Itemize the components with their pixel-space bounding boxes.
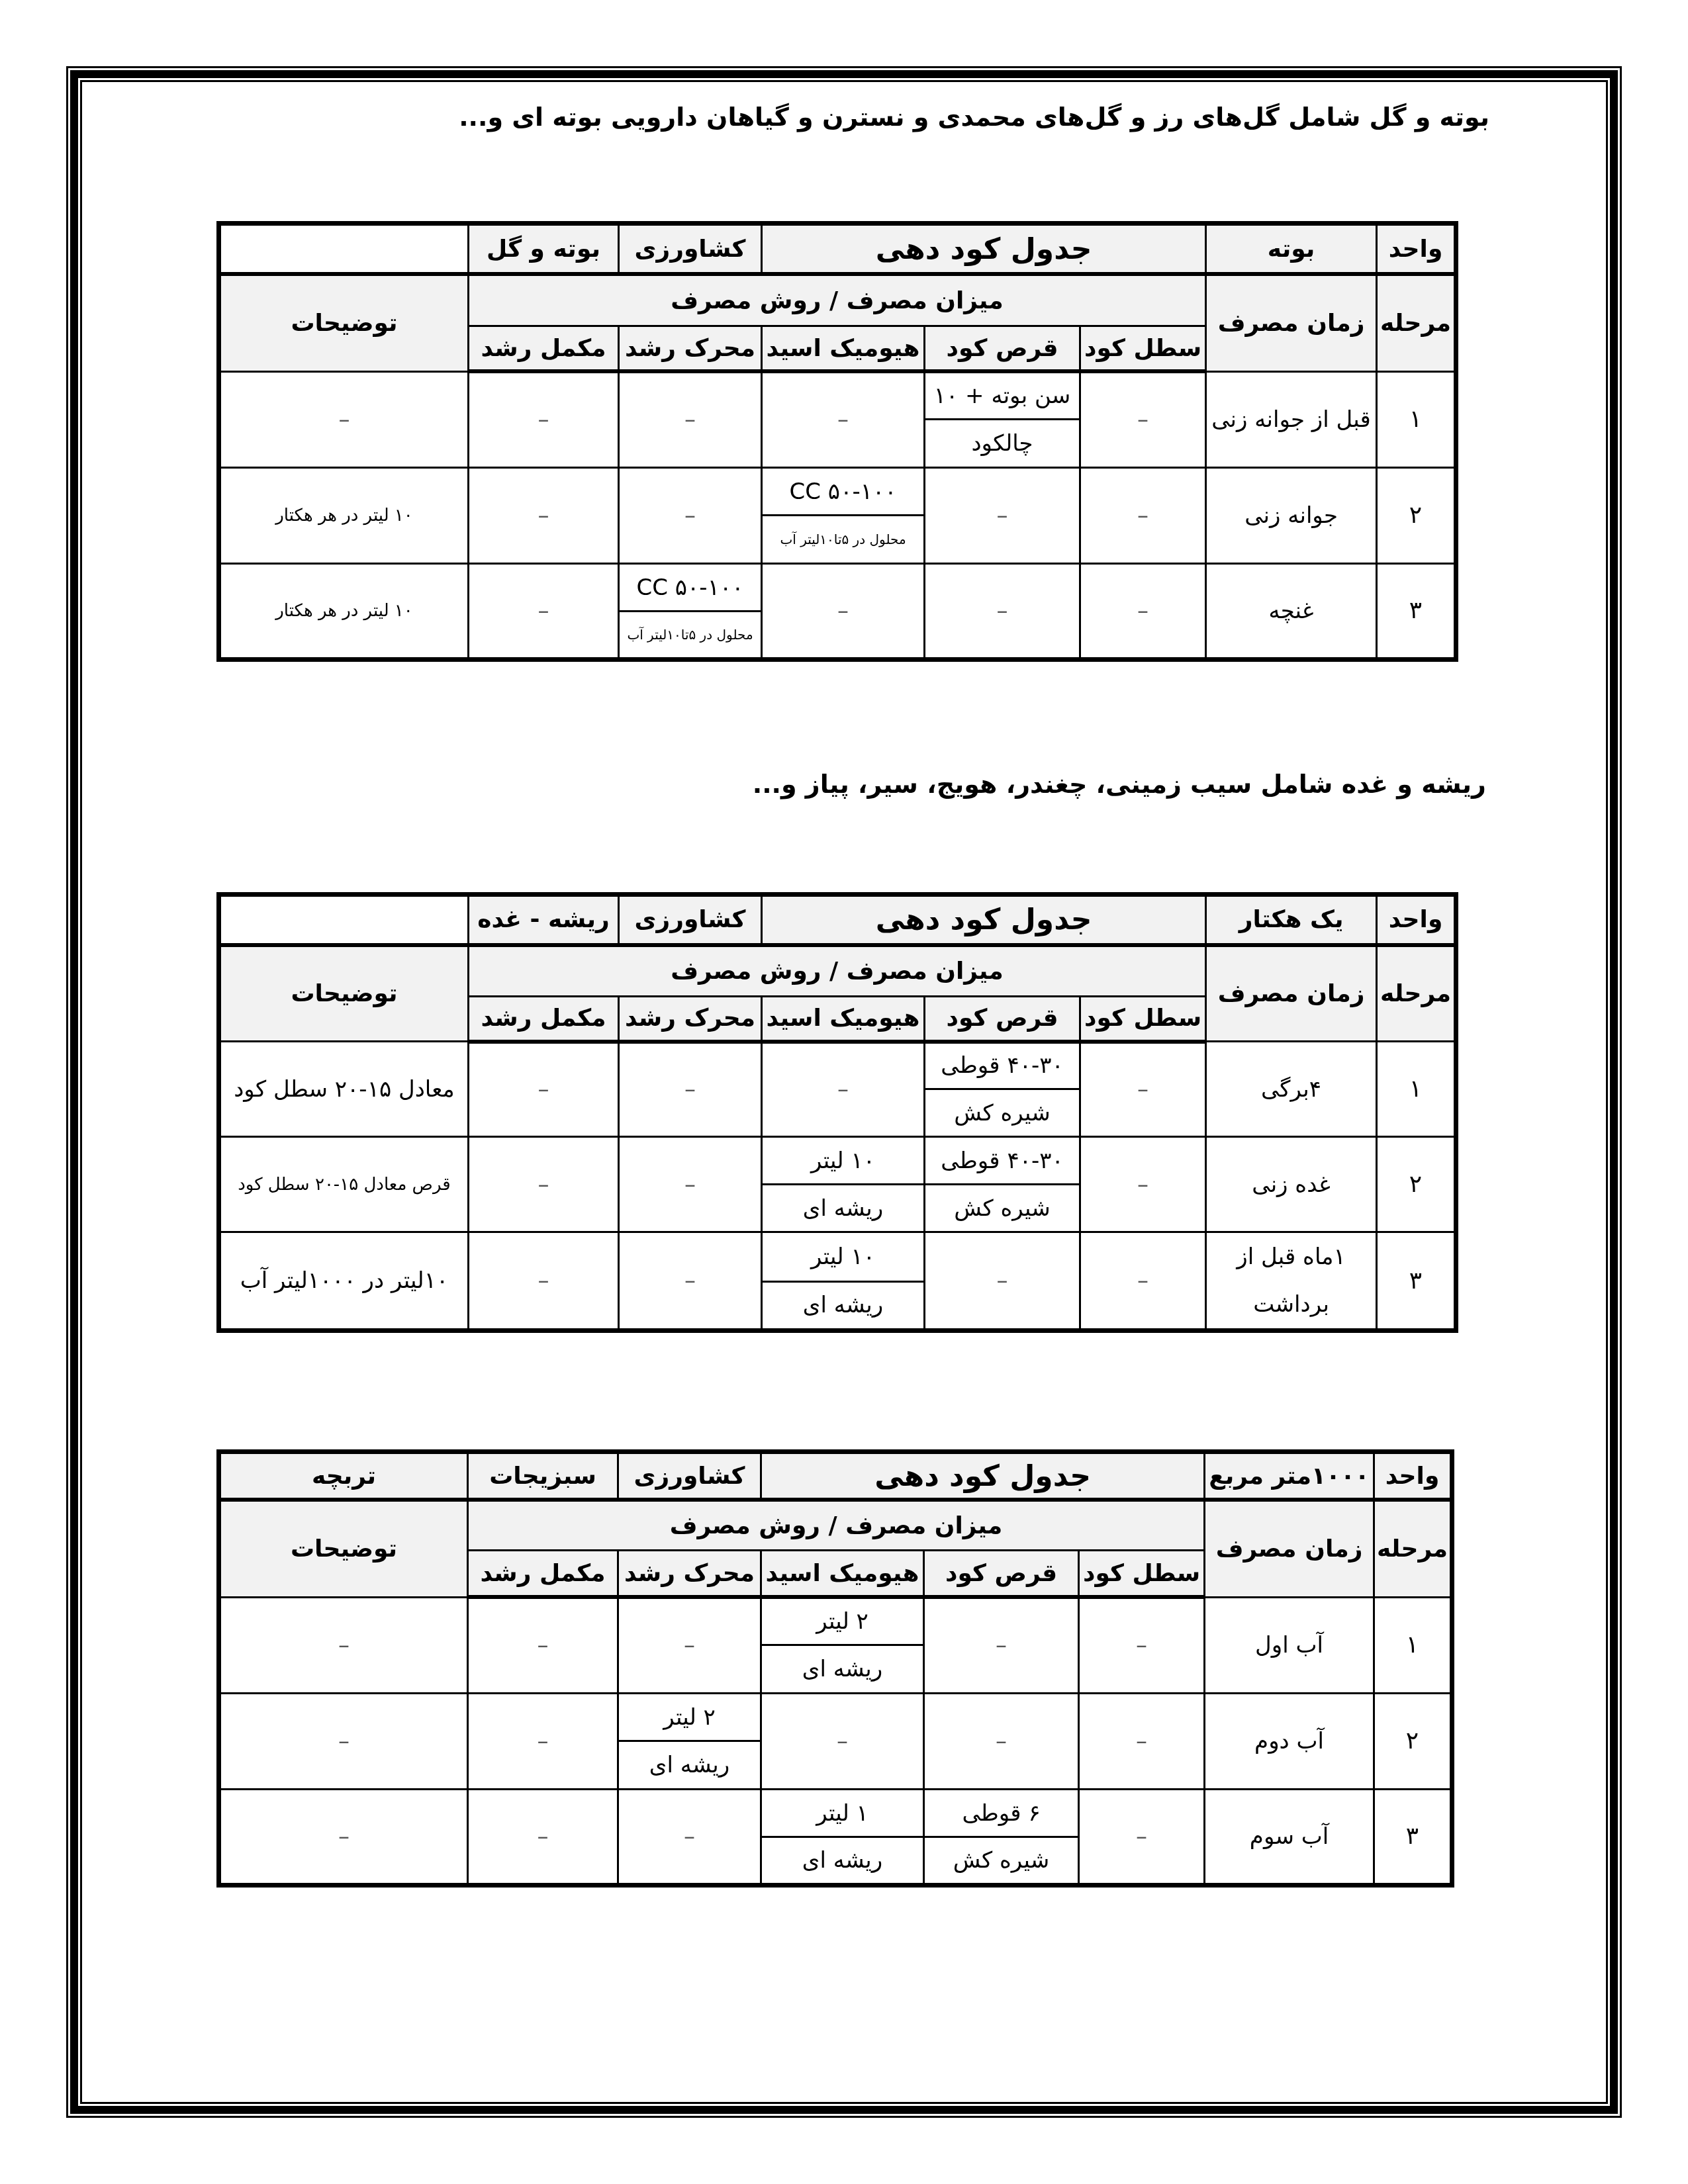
tablet-cell: –: [924, 1597, 1079, 1693]
unit-value: یک هکتار: [1206, 895, 1377, 945]
col-bucket-header: سطل کود: [1080, 326, 1206, 372]
tablet-cell-bottom: شیره کش: [924, 1837, 1079, 1886]
supplement-cell: –: [469, 467, 619, 563]
category-label: بوته و گل: [469, 224, 619, 275]
category-label: سبزیجات: [468, 1452, 618, 1500]
bucket-cell: –: [1079, 1597, 1205, 1693]
supplement-cell: –: [468, 1693, 618, 1789]
bucket-cell: –: [1079, 1789, 1205, 1885]
stage-cell: ۱: [1374, 1597, 1452, 1693]
bucket-cell: –: [1079, 1693, 1205, 1789]
time-cell: ۱ماه قبل از برداشت: [1206, 1232, 1377, 1331]
col-tablet-header: قرص کود: [925, 997, 1080, 1042]
time-header: زمان مصرف: [1205, 1500, 1374, 1597]
unit-label: واحد: [1377, 224, 1456, 275]
supplement-cell: –: [469, 1232, 619, 1331]
humic-cell-bottom: ریشه ای: [761, 1645, 924, 1694]
col-supplement-header: مکمل رشد: [469, 997, 619, 1042]
humic-cell-top: ۲ لیتر: [761, 1597, 924, 1645]
extra-label: تربچه: [219, 1452, 468, 1500]
stimulant-cell-top: CC ۵۰-۱۰۰: [619, 563, 762, 612]
col-humic-header: هیومیک اسید: [761, 1551, 924, 1598]
notes-cell: معادل ۱۵-۲۰ سطل کود: [219, 1042, 469, 1137]
notes-cell: –: [219, 1693, 468, 1789]
notes-cell: –: [219, 1597, 468, 1693]
supplement-cell: –: [469, 1042, 619, 1137]
supplement-cell: –: [469, 563, 619, 659]
rate-method-header: میزان مصرف / روش مصرف: [469, 945, 1206, 997]
notes-cell: قرص معادل ۱۵-۲۰ سطل کود: [219, 1137, 469, 1232]
stimulant-cell-top: ۲ لیتر: [618, 1693, 761, 1741]
col-bucket-header: سطل کود: [1079, 1551, 1205, 1598]
time-cell: غده زنی: [1206, 1137, 1377, 1232]
notes-header: توضیحات: [219, 274, 469, 371]
bucket-cell: –: [1080, 371, 1206, 467]
table-title: جدول کود دهی: [762, 224, 1206, 275]
tablet-cell-top: سن بوته + ۱۰: [925, 371, 1080, 420]
humic-cell: –: [762, 563, 925, 659]
stage-header: مرحله: [1374, 1500, 1452, 1597]
humic-cell-bottom: محلول در ۵تا۱۰لیتر آب: [762, 516, 925, 564]
humic-cell: –: [762, 1042, 925, 1137]
intro-roots-tubers: ریشه و غده شامل سیب زمینی، چغندر، هویج، …: [753, 770, 1486, 799]
stimulant-cell: –: [618, 1597, 761, 1693]
category-label: ریشه - غده: [469, 895, 619, 945]
intro-shrubs-flowers: بوته و گل شامل گل‌های رز و گل‌های محمدی …: [459, 103, 1489, 132]
col-stimulant-header: محرک رشد: [618, 1551, 761, 1598]
tablet-cell: –: [925, 467, 1080, 563]
fertilizing-table-roots: واحد یک هکتار جدول کود دهی کشاورزی ریشه …: [216, 892, 1458, 1333]
extra-label: [219, 224, 469, 275]
sector-label: کشاورزی: [619, 224, 762, 275]
humic-cell-top: ۱۰ لیتر: [762, 1137, 925, 1185]
col-tablet-header: قرص کود: [925, 326, 1080, 372]
humic-cell-bottom: ریشه ای: [761, 1837, 924, 1886]
unit-label: واحد: [1374, 1452, 1452, 1500]
time-header: زمان مصرف: [1206, 274, 1377, 371]
tablet-cell-bottom: شیره کش: [925, 1089, 1080, 1137]
col-stimulant-header: محرک رشد: [619, 326, 762, 372]
bucket-cell: –: [1080, 563, 1206, 659]
tablet-cell: –: [925, 1232, 1080, 1331]
unit-value: بوته: [1206, 224, 1377, 275]
time-cell: آب اول: [1205, 1597, 1374, 1693]
stage-cell: ۳: [1377, 1232, 1456, 1331]
notes-cell: ۱۰ لیتر در هر هکتار: [219, 563, 469, 659]
stage-cell: ۲: [1374, 1693, 1452, 1789]
tablet-cell: –: [925, 563, 1080, 659]
tablet-cell-bottom: چالکود: [925, 420, 1080, 468]
time-cell: جوانه زنی: [1206, 467, 1377, 563]
humic-cell-top: CC ۵۰-۱۰۰: [762, 467, 925, 516]
sector-label: کشاورزی: [619, 895, 762, 945]
col-bucket-header: سطل کود: [1080, 997, 1206, 1042]
stimulant-cell: –: [619, 1042, 762, 1137]
stimulant-cell-bottom: ریشه ای: [618, 1741, 761, 1790]
stimulant-cell: –: [619, 467, 762, 563]
notes-header: توضیحات: [219, 1500, 468, 1597]
time-cell: غنچه: [1206, 563, 1377, 659]
notes-cell: ۱۰ لیتر در هر هکتار: [219, 467, 469, 563]
col-humic-header: هیومیک اسید: [762, 326, 925, 372]
humic-cell-bottom: ریشه ای: [762, 1185, 925, 1232]
stimulant-cell: –: [619, 371, 762, 467]
table-title: جدول کود دهی: [761, 1452, 1205, 1500]
stimulant-cell: –: [618, 1789, 761, 1885]
bucket-cell: –: [1080, 467, 1206, 563]
notes-cell: –: [219, 1789, 468, 1885]
tablet-cell: –: [924, 1693, 1079, 1789]
stage-cell: ۲: [1377, 1137, 1456, 1232]
fertilizing-table-shrubs: واحد بوته جدول کود دهی کشاورزی بوته و گل…: [216, 221, 1458, 662]
rate-method-header: میزان مصرف / روش مصرف: [468, 1500, 1205, 1551]
tablet-cell-top: ۴۰-۳۰ قوطی: [925, 1042, 1080, 1089]
sector-label: کشاورزی: [618, 1452, 761, 1500]
rate-method-header: میزان مصرف / روش مصرف: [469, 274, 1206, 326]
humic-cell-bottom: ریشه ای: [762, 1281, 925, 1331]
col-stimulant-header: محرک رشد: [619, 997, 762, 1042]
bucket-cell: –: [1080, 1232, 1206, 1331]
col-supplement-header: مکمل رشد: [468, 1551, 618, 1598]
notes-header: توضیحات: [219, 945, 469, 1042]
tablet-cell-top: ۶ قوطی: [924, 1789, 1079, 1837]
tablet-cell-bottom: شیره کش: [925, 1185, 1080, 1232]
stimulant-cell: –: [619, 1232, 762, 1331]
supplement-cell: –: [469, 371, 619, 467]
humic-cell: –: [761, 1693, 924, 1789]
bucket-cell: –: [1080, 1042, 1206, 1137]
fertilizing-table-vegetables: واحد ۱۰۰۰متر مربع جدول کود دهی کشاورزی س…: [216, 1449, 1454, 1888]
extra-label: [219, 895, 469, 945]
stage-cell: ۱: [1377, 371, 1456, 467]
stage-cell: ۳: [1374, 1789, 1452, 1885]
stimulant-cell: –: [619, 1137, 762, 1232]
unit-label: واحد: [1377, 895, 1456, 945]
col-humic-header: هیومیک اسید: [762, 997, 925, 1042]
notes-cell: –: [219, 371, 469, 467]
supplement-cell: –: [468, 1597, 618, 1693]
stage-header: مرحله: [1377, 945, 1456, 1042]
table-title: جدول کود دهی: [762, 895, 1206, 945]
stage-cell: ۲: [1377, 467, 1456, 563]
time-cell: قبل از جوانه زنی: [1206, 371, 1377, 467]
stage-cell: ۱: [1377, 1042, 1456, 1137]
supplement-cell: –: [468, 1789, 618, 1885]
humic-cell-top: ۱ لیتر: [761, 1789, 924, 1837]
stimulant-cell-bottom: محلول در ۵تا۱۰لیتر آب: [619, 612, 762, 660]
humic-cell-top: ۱۰ لیتر: [762, 1232, 925, 1282]
bucket-cell: –: [1080, 1137, 1206, 1232]
tablet-cell-top: ۴۰-۳۰ قوطی: [925, 1137, 1080, 1185]
col-supplement-header: مکمل رشد: [469, 326, 619, 372]
humic-cell: –: [762, 371, 925, 467]
time-cell: ۴برگی: [1206, 1042, 1377, 1137]
time-header: زمان مصرف: [1206, 945, 1377, 1042]
notes-cell: ۱۰لیتر در ۱۰۰۰لیتر آب: [219, 1232, 469, 1331]
unit-value: ۱۰۰۰متر مربع: [1205, 1452, 1374, 1500]
supplement-cell: –: [469, 1137, 619, 1232]
time-cell: آب سوم: [1205, 1789, 1374, 1885]
stage-cell: ۳: [1377, 563, 1456, 659]
col-tablet-header: قرص کود: [924, 1551, 1079, 1598]
stage-header: مرحله: [1377, 274, 1456, 371]
time-cell: آب دوم: [1205, 1693, 1374, 1789]
